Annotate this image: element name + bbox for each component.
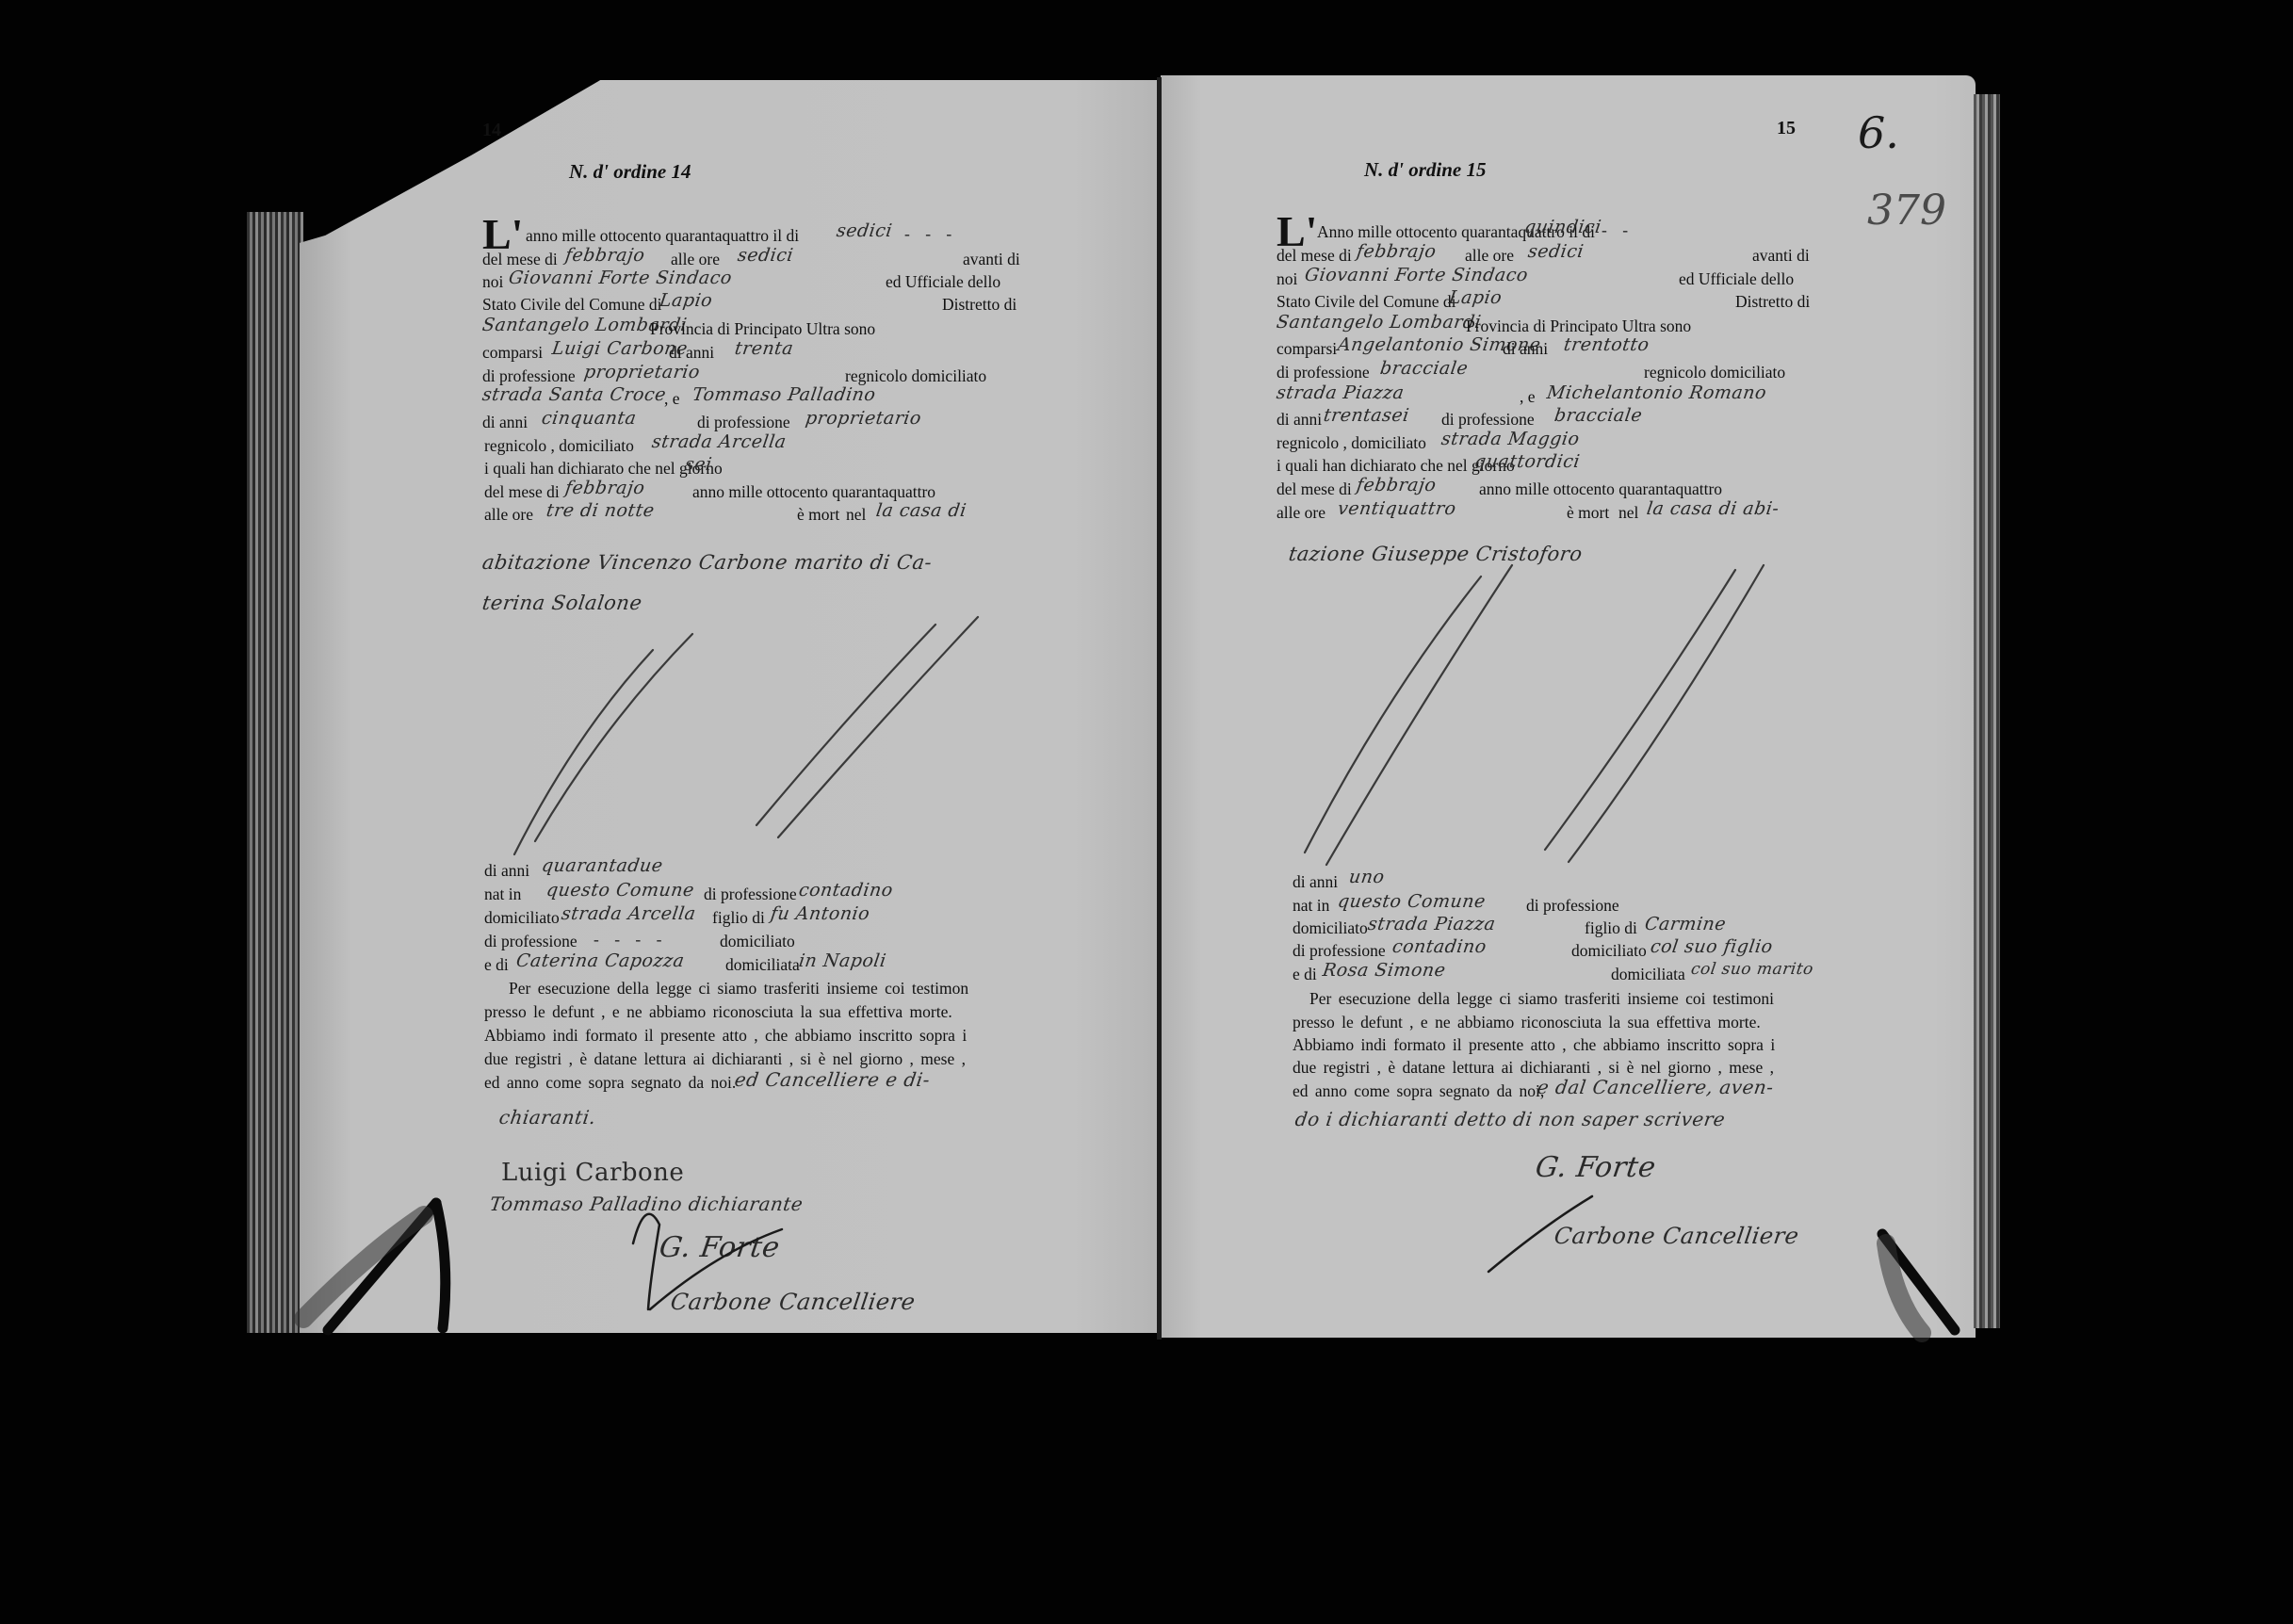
closing-text: due registri , è datane lettura ai dichi… bbox=[484, 1051, 966, 1068]
printed-text: e di bbox=[484, 957, 509, 974]
printed-text: ed Ufficiale dello bbox=[886, 274, 1000, 291]
handwritten-text: febbrajo bbox=[564, 247, 646, 265]
printed-text: nat in bbox=[1293, 898, 1329, 915]
handwritten-text: sedici bbox=[737, 247, 795, 265]
printed-text: avanti di bbox=[1752, 248, 1810, 265]
handwritten-text: Caterina Capozza bbox=[515, 952, 686, 970]
handwritten-text: col suo figlio bbox=[1650, 938, 1774, 956]
right-page-edge-stack bbox=[1974, 94, 2000, 1328]
printed-text: di anni bbox=[1503, 341, 1548, 358]
printed-text: di professione bbox=[697, 414, 790, 431]
handwritten-text: trentasei bbox=[1323, 407, 1410, 425]
printed-text: nel bbox=[1618, 505, 1638, 522]
handwritten-text: febbrajo bbox=[564, 479, 646, 497]
printed-text: regnicolo domiciliato bbox=[845, 368, 986, 385]
folio-number: 379 bbox=[1867, 190, 1946, 232]
handwritten-text: terina Solalone bbox=[481, 593, 643, 613]
handwritten-text: Michelantonio Romano bbox=[1546, 384, 1768, 402]
printed-text: noi bbox=[1277, 271, 1297, 288]
signature-mayor: G. Forte bbox=[658, 1234, 782, 1262]
printed-text: di professione bbox=[704, 886, 797, 903]
printed-text: regnicolo domiciliato bbox=[1644, 365, 1785, 382]
handwritten-text: abitazione Vincenzo Carbone marito di Ca… bbox=[481, 553, 934, 573]
handwritten-text: Tommaso Palladino bbox=[691, 386, 877, 404]
left-page-edge-stack bbox=[247, 212, 303, 1333]
printed-text: domiciliato bbox=[484, 910, 560, 927]
printed-text: del mese di bbox=[1277, 248, 1352, 265]
closing-text: Abbiamo indi formato il presente atto , … bbox=[484, 1028, 967, 1045]
closing-text: presso le defunt , e ne abbiamo riconosc… bbox=[484, 1004, 952, 1021]
handwritten-text: sedici bbox=[1527, 243, 1586, 261]
handwritten-text: strada Maggio bbox=[1440, 430, 1581, 448]
printed-text: domiciliata bbox=[725, 957, 800, 974]
printed-text: di professione bbox=[484, 934, 577, 950]
printed-text: di professione bbox=[1441, 412, 1535, 429]
handwritten-text: quindici bbox=[1523, 219, 1602, 236]
handwritten-text: febbrajo bbox=[1356, 477, 1438, 495]
closing-text: ed anno come sopra segnato da noi, bbox=[1293, 1083, 1544, 1100]
printed-text: avanti di bbox=[963, 252, 1020, 268]
printed-text: alle ore bbox=[484, 507, 533, 524]
signature-declarant-2: Tommaso Palladino dichiarante bbox=[489, 1194, 805, 1213]
printed-text: di anni bbox=[1293, 874, 1338, 891]
printed-text: comparsi bbox=[1277, 341, 1337, 358]
printed-text: Distretto di bbox=[1735, 294, 1810, 311]
filler-dashes: - - - - bbox=[594, 932, 667, 949]
handwritten-text: Giovanni Forte Sindaco bbox=[508, 269, 734, 287]
printed-text: figlio di bbox=[712, 910, 765, 927]
printed-text: del mese di bbox=[484, 484, 560, 501]
handwritten-text: cinquanta bbox=[541, 410, 638, 428]
handwritten-text: la casa di abi- bbox=[1646, 500, 1781, 518]
closing-text: Per esecuzione della legge ci siamo tras… bbox=[509, 981, 968, 998]
printed-text: anno mille ottocento quarantaquattro bbox=[692, 484, 935, 501]
handwritten-text: questo Comune bbox=[1337, 893, 1487, 911]
printed-text: domiciliata bbox=[1611, 966, 1685, 983]
closing-text: presso le defunt , e ne abbiamo riconosc… bbox=[1293, 1015, 1761, 1031]
printed-text: domiciliato bbox=[1293, 920, 1368, 937]
handwritten-text: proprietario bbox=[583, 364, 701, 382]
handwritten-text: e dal Cancelliere, aven- bbox=[1537, 1078, 1775, 1096]
printed-text: del mese di bbox=[482, 252, 558, 268]
signature-clerk: Carbone Cancelliere bbox=[669, 1291, 917, 1313]
handwritten-text: la casa di bbox=[875, 502, 968, 520]
page-number-left: 14 bbox=[482, 121, 501, 139]
printed-text: comparsi bbox=[482, 345, 543, 362]
signature-declarant-1: Luigi Carbone bbox=[501, 1161, 684, 1185]
handwritten-text: chiaranti. bbox=[498, 1108, 597, 1127]
handwritten-text: bracciale bbox=[1379, 360, 1470, 378]
printed-text: domiciliato bbox=[1571, 943, 1647, 960]
printed-text: di anni bbox=[482, 414, 528, 431]
signature-clerk: Carbone Cancelliere bbox=[1553, 1225, 1800, 1247]
right-page bbox=[1161, 75, 1976, 1338]
handwritten-text: sedici bbox=[836, 222, 894, 240]
printed-text: alle ore bbox=[1465, 248, 1514, 265]
printed-text: regnicolo , domiciliato bbox=[1277, 435, 1426, 452]
printed-text: , e bbox=[664, 391, 680, 408]
handwritten-text: uno bbox=[1348, 869, 1386, 886]
handwritten-text: Carmine bbox=[1644, 916, 1728, 934]
handwritten-text: questo Comune bbox=[545, 882, 695, 900]
printed-text: di professione bbox=[1277, 365, 1370, 382]
printed-text: del mese di bbox=[1277, 481, 1352, 498]
printed-text: nat in bbox=[484, 886, 521, 903]
scan-canvas: 14 N. d' ordine 14 L' anno mille ottocen… bbox=[0, 0, 2293, 1624]
printed-text: alle ore bbox=[1277, 505, 1325, 522]
handwritten-text: tre di notte bbox=[545, 502, 656, 520]
handwritten-text: quarantadue bbox=[541, 857, 664, 875]
handwritten-text: Santangelo Lombardi bbox=[1276, 314, 1483, 332]
handwritten-text: strada Santa Croce bbox=[481, 386, 668, 404]
record-header-right: N. d' ordine 15 bbox=[1364, 160, 1487, 180]
signature-mayor: G. Forte bbox=[1534, 1154, 1658, 1182]
handwritten-text: strada Piazza bbox=[1367, 916, 1497, 934]
printed-text: anno mille ottocento quarantaquattro bbox=[1479, 481, 1722, 498]
printed-text: alle ore bbox=[671, 252, 720, 268]
printed-text: anno mille ottocento quarantaquattro il … bbox=[526, 228, 799, 245]
printed-text: di anni bbox=[484, 863, 529, 880]
printed-text: Stato Civile del Comune di bbox=[1277, 294, 1456, 311]
printed-text: noi bbox=[482, 274, 503, 291]
handwritten-text: febbrajo bbox=[1356, 243, 1438, 261]
handwritten-text: strada Arcella bbox=[651, 433, 788, 451]
handwritten-text: fu Antonio bbox=[770, 905, 871, 923]
handwritten-text: strada Arcella bbox=[561, 905, 697, 923]
handwritten-text: contadino bbox=[1391, 938, 1488, 956]
printed-text: di anni bbox=[1277, 412, 1322, 429]
handwritten-text: Rosa Simone bbox=[1322, 962, 1447, 980]
handwritten-text: strada Piazza bbox=[1276, 384, 1406, 402]
printed-text: di professione bbox=[1526, 898, 1619, 915]
handwritten-text: col suo marito bbox=[1690, 962, 1814, 978]
printed-text: Stato Civile del Comune di bbox=[482, 297, 662, 314]
filler-dashes: - - bbox=[1602, 222, 1634, 239]
printed-text: di professione bbox=[1293, 943, 1386, 960]
handwritten-text: contadino bbox=[798, 882, 894, 900]
handwritten-text: Lapio bbox=[1448, 289, 1504, 307]
handwritten-text: Lapio bbox=[659, 292, 714, 310]
handwritten-text: Giovanni Forte Sindaco bbox=[1304, 267, 1530, 284]
filler-dashes: - - - bbox=[904, 226, 957, 243]
printed-text: è mort bbox=[1567, 505, 1609, 522]
printed-text: domiciliato bbox=[720, 934, 795, 950]
printed-text: di professione bbox=[482, 368, 576, 385]
record-header-left: N. d' ordine 14 bbox=[569, 162, 691, 182]
printed-text: di anni bbox=[669, 345, 714, 362]
handwritten-text: ventiquattro bbox=[1337, 500, 1457, 518]
handwritten-text: ed Cancelliere e di- bbox=[734, 1070, 932, 1089]
page-number-right: 15 bbox=[1777, 119, 1796, 138]
folio-mark: 6. bbox=[1858, 111, 1899, 154]
handwritten-text: quattordici bbox=[1473, 453, 1582, 471]
printed-text: e di bbox=[1293, 966, 1317, 983]
handwritten-text: bracciale bbox=[1553, 407, 1644, 425]
printed-text: , e bbox=[1520, 389, 1536, 406]
handwritten-text: in Napoli bbox=[798, 952, 887, 970]
printed-text: Provincia di Principato Ultra sono bbox=[1466, 318, 1691, 335]
handwritten-text: sei bbox=[684, 456, 713, 474]
book-gutter bbox=[1157, 77, 1162, 1340]
closing-text: ed anno come sopra segnato da noi. bbox=[484, 1075, 736, 1092]
closing-text: Abbiamo indi formato il presente atto , … bbox=[1293, 1037, 1775, 1054]
printed-text: ed Ufficiale dello bbox=[1679, 271, 1794, 288]
printed-text: figlio di bbox=[1585, 920, 1637, 937]
printed-text: Distretto di bbox=[942, 297, 1016, 314]
handwritten-text: proprietario bbox=[805, 410, 922, 428]
printed-text: Provincia di Principato Ultra sono bbox=[650, 321, 875, 338]
closing-text: due registri , è datane lettura ai dichi… bbox=[1293, 1060, 1774, 1077]
printed-text: nel bbox=[846, 507, 866, 524]
printed-text: è mort bbox=[797, 507, 839, 524]
handwritten-text: trenta bbox=[734, 340, 795, 358]
printed-text: regnicolo , domiciliato bbox=[484, 438, 634, 455]
handwritten-text: tazione Giuseppe Cristoforo bbox=[1288, 544, 1584, 564]
handwritten-text: do i dichiaranti detto di non saper scri… bbox=[1294, 1110, 1727, 1129]
closing-text: Per esecuzione della legge ci siamo tras… bbox=[1309, 991, 1774, 1008]
handwritten-text: trentotto bbox=[1563, 336, 1651, 354]
